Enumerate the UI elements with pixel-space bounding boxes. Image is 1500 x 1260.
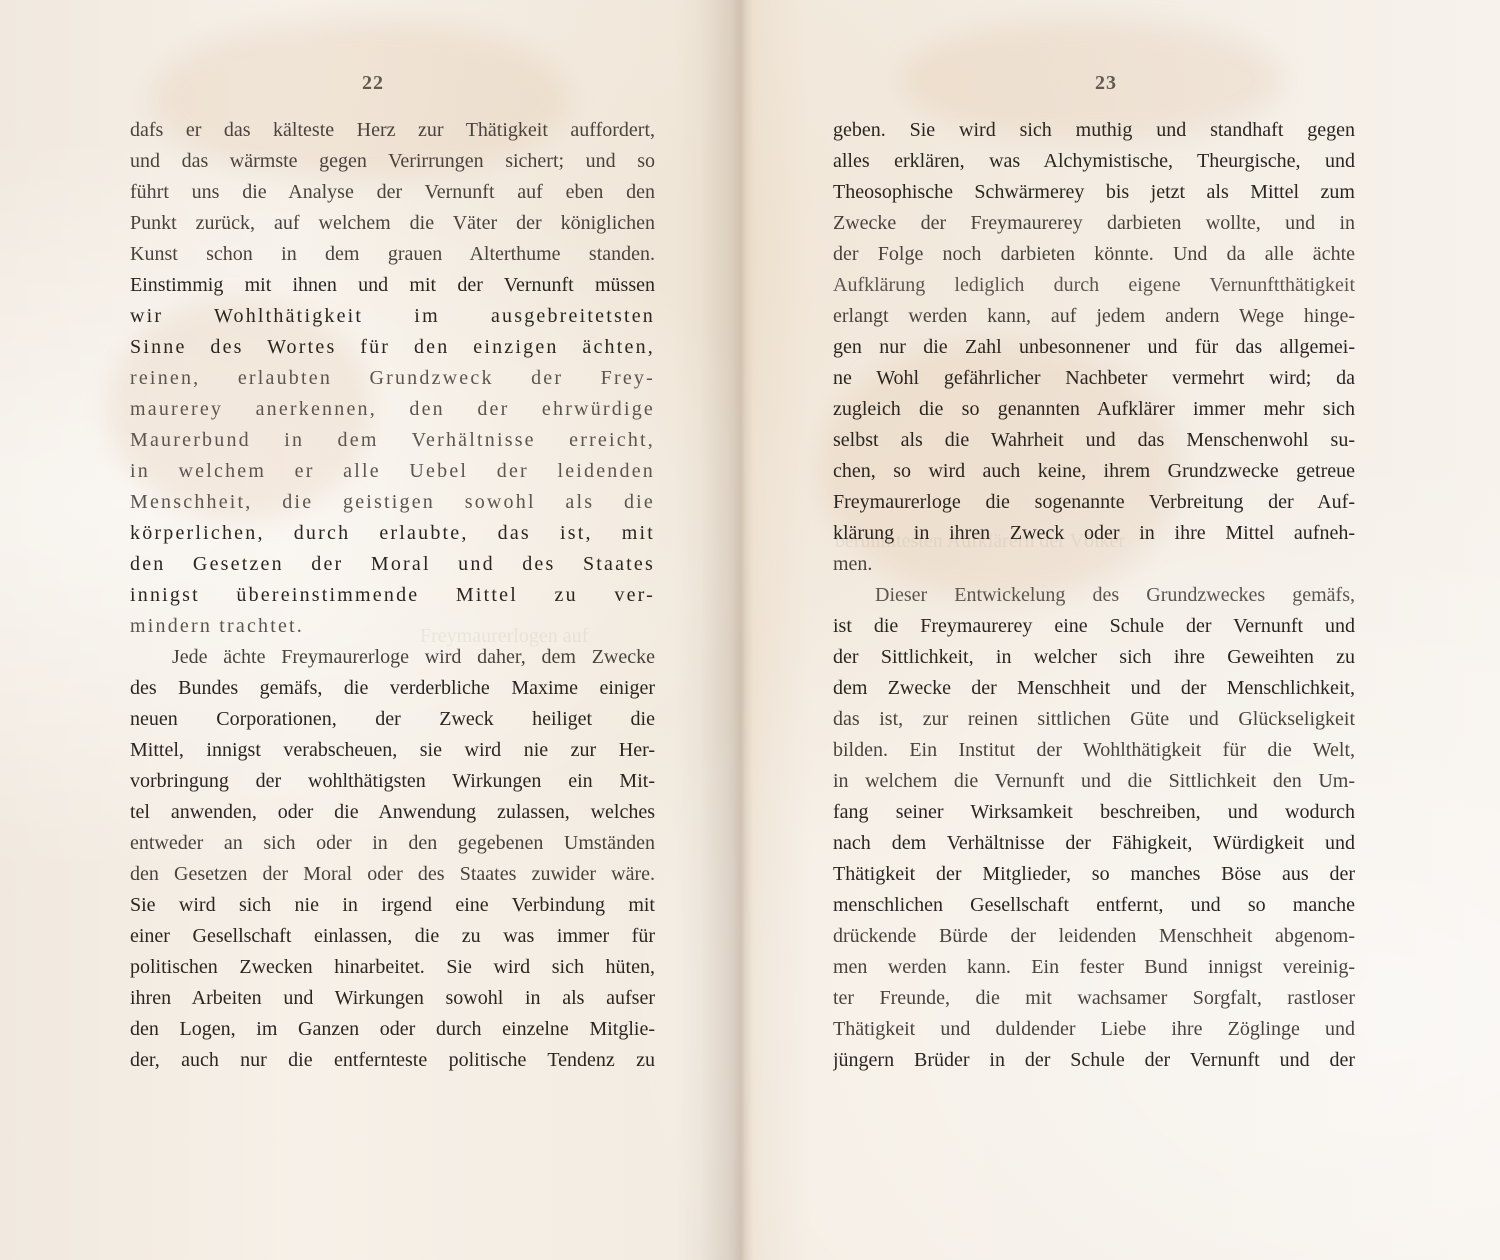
text-line: jüngern Brüder in der Schule der Vernunf… [833, 1045, 1355, 1076]
text-line: drückende Bürde der leidenden Menschheit… [833, 921, 1355, 952]
text-line: den Gesetzen der Moral und des Staates [130, 549, 655, 580]
text-line: entweder an sich oder in den gegebenen U… [130, 828, 655, 859]
left-page: 22 Freymaurerlogen auf dafs er das kälte… [0, 0, 740, 1260]
text-line: einer Gesellschaft einlassen, die zu was… [130, 921, 655, 952]
page-text: geben. Sie wird sich muthig und standhaf… [833, 115, 1355, 1076]
text-line: Mittel, innigst verabscheuen, sie wird n… [130, 735, 655, 766]
right-page: 23 berühmtesten Aufklärern der Völker ge… [740, 0, 1500, 1260]
text-line: erlangt werden kann, auf jedem andern We… [833, 301, 1355, 332]
text-line: Punkt zurück, auf welchem die Väter der … [130, 208, 655, 239]
text-line: ihren Arbeiten und Wirkungen sowohl in a… [130, 983, 655, 1014]
text-line: Kunst schon in dem grauen Alterthume sta… [130, 239, 655, 270]
text-line: den Gesetzen der Moral oder des Staates … [130, 859, 655, 890]
text-line: mindern trachtet. [130, 611, 655, 642]
text-line: Menschheit, die geistigen sowohl als die [130, 487, 655, 518]
text-line: Maurerbund in dem Verhältnisse erreicht, [130, 425, 655, 456]
page-text: dafs er das kälteste Herz zur Thätigkeit… [130, 115, 655, 1076]
text-line: bilden. Ein Institut der Wohlthätigkeit … [833, 735, 1355, 766]
text-line: Aufklärung lediglich durch eigene Vernun… [833, 270, 1355, 301]
text-line: wir Wohlthätigkeit im ausgebreitetsten [130, 301, 655, 332]
text-line: tel anwenden, oder die Anwendung zulasse… [130, 797, 655, 828]
text-line: klärung in ihren Zweck oder in ihre Mitt… [833, 518, 1355, 549]
text-line: Thätigkeit und duldender Liebe ihre Zögl… [833, 1014, 1355, 1045]
text-line: der Folge noch darbieten könnte. Und da … [833, 239, 1355, 270]
text-line: und das wärmste gegen Verirrungen sicher… [130, 146, 655, 177]
text-line: Freymaurerloge die sogenannte Verbreitun… [833, 487, 1355, 518]
text-line: körperlichen, durch erlaubte, das ist, m… [130, 518, 655, 549]
text-line: in welchem er alle Uebel der leidenden [130, 456, 655, 487]
text-line: der, auch nur die entfernteste politisch… [130, 1045, 655, 1076]
text-line: men werden kann. Ein fester Bund innigst… [833, 952, 1355, 983]
text-line: der Sittlichkeit, in welcher sich ihre G… [833, 642, 1355, 673]
text-line: ne Wohl gefährlicher Nachbeter vermehrt … [833, 363, 1355, 394]
text-line: zugleich die so genannten Aufklärer imme… [833, 394, 1355, 425]
text-line: in welchem die Vernunft und die Sittlich… [833, 766, 1355, 797]
text-line: Zwecke der Freymaurerey darbieten wollte… [833, 208, 1355, 239]
book-spread: 22 Freymaurerlogen auf dafs er das kälte… [0, 0, 1500, 1260]
text-line: dem Zwecke der Menschheit und der Mensch… [833, 673, 1355, 704]
text-line: führt uns die Analyse der Vernunft auf e… [130, 177, 655, 208]
text-line: ist die Freymaurerey eine Schule der Ver… [833, 611, 1355, 642]
page-number: 23 [1095, 72, 1117, 95]
text-line: ter Freunde, die mit wachsamer Sorgfalt,… [833, 983, 1355, 1014]
text-line: Sinne des Wortes für den einzigen ächten… [130, 332, 655, 363]
text-line: alles erklären, was Alchymistische, Theu… [833, 146, 1355, 177]
text-line: innigst übereinstimmende Mittel zu ver- [130, 580, 655, 611]
text-line: den Logen, im Ganzen oder durch einzelne… [130, 1014, 655, 1045]
text-line: Sie wird sich nie in irgend eine Verbind… [130, 890, 655, 921]
text-line: vorbringung der wohlthätigsten Wirkungen… [130, 766, 655, 797]
paragraph-start-line: Dieser Entwickelung des Grundzweckes gem… [833, 580, 1355, 611]
text-line: dafs er das kälteste Herz zur Thätigkeit… [130, 115, 655, 146]
text-line: das ist, zur reinen sittlichen Güte und … [833, 704, 1355, 735]
text-line: des Bundes gemäfs, die verderbliche Maxi… [130, 673, 655, 704]
text-line: menschlichen Gesellschaft entfernt, und … [833, 890, 1355, 921]
text-line: men. [833, 549, 1355, 580]
text-line: fang seiner Wirksamkeit beschreiben, und… [833, 797, 1355, 828]
text-line: chen, so wird auch keine, ihrem Grundzwe… [833, 456, 1355, 487]
text-line: reinen, erlaubten Grundzweck der Frey- [130, 363, 655, 394]
text-line: gen nur die Zahl unbesonnener und für da… [833, 332, 1355, 363]
page-number: 22 [362, 72, 384, 95]
text-line: Einstimmig mit ihnen und mit der Vernunf… [130, 270, 655, 301]
text-line: geben. Sie wird sich muthig und standhaf… [833, 115, 1355, 146]
paragraph-start-line: Jede ächte Freymaurerloge wird daher, de… [130, 642, 655, 673]
text-line: neuen Corporationen, der Zweck heiliget … [130, 704, 655, 735]
text-line: Theosophische Schwärmerey bis jetzt als … [833, 177, 1355, 208]
text-line: politischen Zwecken hinarbeitet. Sie wir… [130, 952, 655, 983]
text-line: selbst als die Wahrheit und das Menschen… [833, 425, 1355, 456]
text-line: Thätigkeit der Mitglieder, so manches Bö… [833, 859, 1355, 890]
text-line: nach dem Verhältnisse der Fähigkeit, Wür… [833, 828, 1355, 859]
text-line: maurerey anerkennen, den der ehrwürdige [130, 394, 655, 425]
